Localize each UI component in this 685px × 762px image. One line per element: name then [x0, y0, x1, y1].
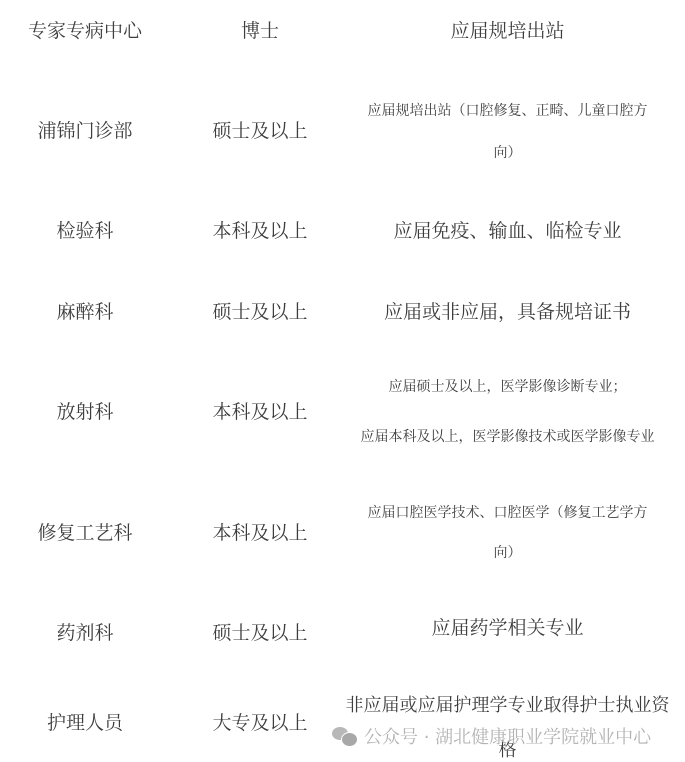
- degree-cell: 硕士及以上: [170, 622, 350, 644]
- degree-cell: 大专及以上: [170, 712, 350, 734]
- requirement-cell-cont: 应届本科及以上，医学影像技术或医学影像专业: [330, 429, 685, 445]
- dept-cell: 麻醉科: [0, 301, 170, 323]
- degree-cell: 硕士及以上: [170, 120, 350, 142]
- dept-cell: 护理人员: [0, 712, 170, 734]
- requirement-cell: 应届硕士及以上，医学影像诊断专业；: [330, 379, 685, 395]
- dept-cell: 修复工艺科: [0, 522, 170, 544]
- requirement-cell: 应届免疫、输血、临检专业: [330, 220, 685, 242]
- watermark-text: 公众号 · 湖北健康职业学院就业中心: [364, 723, 651, 749]
- dept-cell: 药剂科: [0, 622, 170, 644]
- requirement-cell: 应届规培出站: [330, 20, 685, 42]
- degree-cell: 本科及以上: [170, 220, 350, 242]
- requirement-cell-cont: 向）: [330, 145, 685, 161]
- degree-cell: 本科及以上: [170, 401, 350, 423]
- requirement-cell: 应届或非应届，具备规培证书: [330, 301, 685, 323]
- requirement-cell-cont: 向）: [330, 545, 685, 561]
- wechat-icon: [332, 725, 358, 747]
- degree-cell: 本科及以上: [170, 522, 350, 544]
- dept-cell: 专家专病中心: [0, 20, 170, 42]
- degree-cell: 博士: [170, 20, 350, 42]
- dept-cell: 检验科: [0, 220, 170, 242]
- requirement-cell: 应届口腔医学技术、口腔医学（修复工艺学方: [330, 505, 685, 521]
- watermark: 公众号 · 湖北健康职业学院就业中心: [332, 725, 651, 747]
- dept-cell: 放射科: [0, 401, 170, 423]
- requirement-cell: 非应届或应届护理学专业取得护士执业资: [330, 695, 685, 717]
- requirement-cell: 应届规培出站（口腔修复、正畸、儿童口腔方: [330, 103, 685, 119]
- requirement-cell: 应届药学相关专业: [330, 617, 685, 639]
- dept-cell: 浦锦门诊部: [0, 120, 170, 142]
- degree-cell: 硕士及以上: [170, 301, 350, 323]
